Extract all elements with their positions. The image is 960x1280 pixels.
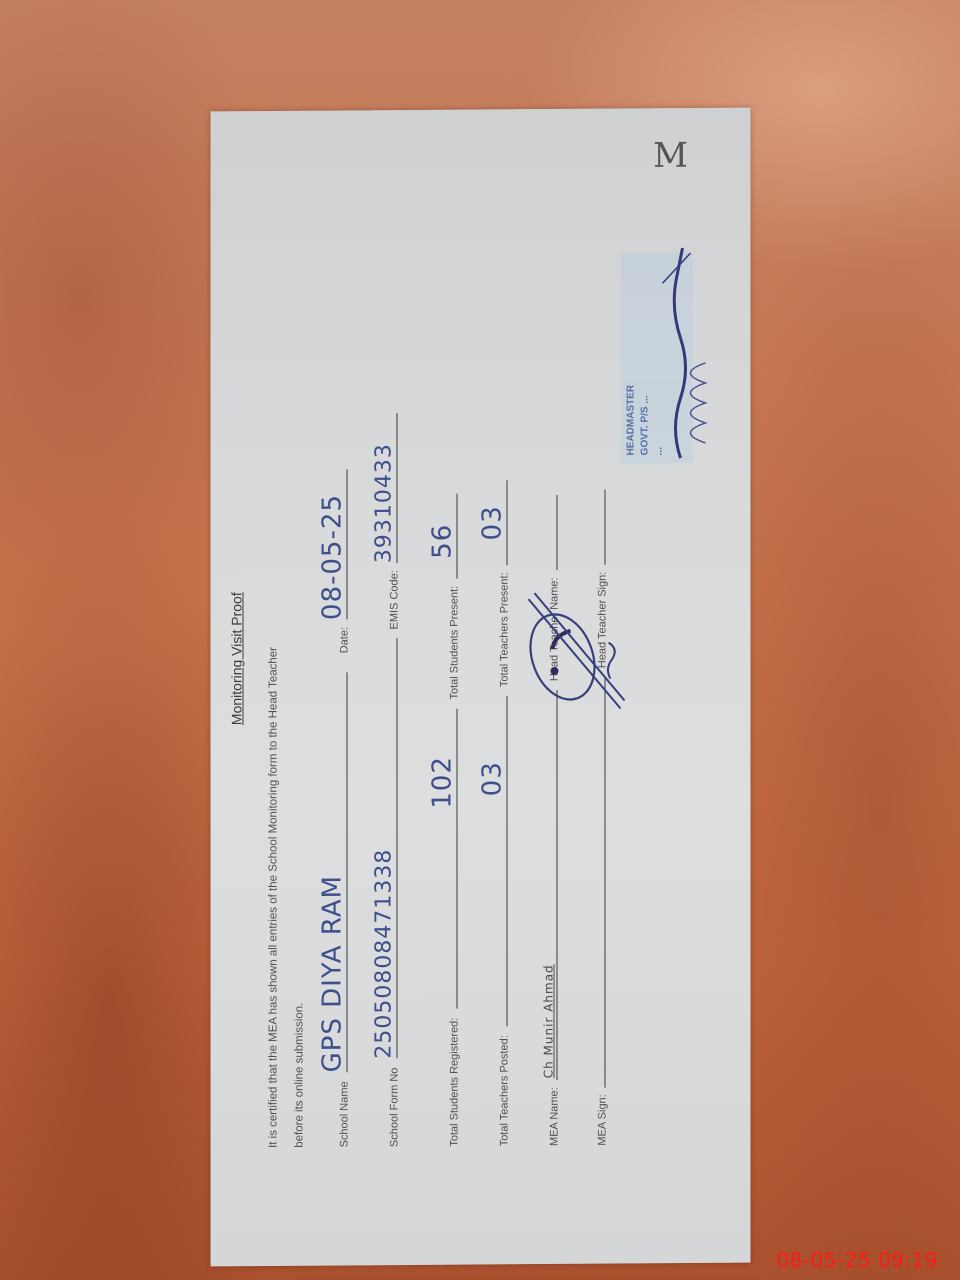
school-name-label: School Name: [339, 1081, 351, 1147]
row-teachers: Total Teachers Posted: 03 Total Teachers…: [493, 480, 511, 1146]
monitoring-visit-form: Monitoring Visit Proof It is certified t…: [211, 108, 751, 1267]
head-teacher-sign-field: [591, 490, 606, 565]
school-form-no-field: 25050808471338: [383, 639, 398, 1059]
school-name-field: GPS DIYA RAM: [333, 672, 348, 1072]
students-registered-value: 102: [430, 709, 456, 809]
emis-code-label: EMIS Code:: [389, 570, 401, 629]
certification-line-1: It is certified that the MEA has shown a…: [261, 428, 287, 1148]
mea-name-field: Ch Munir Ahmad: [543, 690, 558, 1080]
students-present-label: Total Students Present:: [449, 586, 461, 700]
students-present-value: 56: [430, 494, 456, 559]
form-title: Monitoring Visit Proof: [229, 111, 245, 1266]
certification-line-2: before its online submission.: [287, 428, 313, 1148]
school-name-value: GPS DIYA RAM: [320, 672, 346, 1072]
date-field: 08-05-25: [333, 470, 348, 620]
teachers-present-value: 03: [480, 480, 506, 540]
mea-name-label: MEA Name:: [549, 1087, 561, 1146]
corner-handwritten-mark: M: [653, 136, 688, 176]
emis-code-field: 39310433: [383, 413, 398, 563]
stamp-line-1: HEADMASTER: [625, 261, 639, 455]
school-form-no-value: 25050808471338: [374, 639, 396, 1059]
date-value: 08-05-25: [320, 470, 346, 620]
students-registered-field: 102: [443, 709, 458, 1009]
teachers-posted-field: 03: [493, 696, 508, 1026]
students-present-field: 56: [443, 494, 458, 579]
row-students: Total Students Registered: 102 Total Stu…: [443, 494, 461, 1147]
mea-sign-label: MEA Sign:: [597, 1094, 609, 1145]
teachers-posted-value: 03: [480, 696, 506, 796]
row-form-no-emis: School Form No 25050808471338 EMIS Code:…: [383, 413, 401, 1147]
teachers-present-field: 03: [493, 480, 508, 565]
date-label: Date:: [339, 627, 351, 653]
certification-text: It is certified that the MEA has shown a…: [261, 428, 313, 1148]
form-paper-rotated: Monitoring Visit Proof It is certified t…: [211, 108, 751, 1267]
row-school-name-date: School Name GPS DIYA RAM Date: 08-05-25: [333, 470, 351, 1148]
teachers-present-label: Total Teachers Present:: [499, 572, 511, 687]
teachers-posted-label: Total Teachers Posted:: [499, 1035, 511, 1146]
mea-signature-icon: [511, 588, 631, 719]
photo-timestamp-overlay: 08-05-25 09:19: [776, 1248, 938, 1272]
school-form-no-label: School Form No: [389, 1068, 401, 1148]
emis-code-value: 39310433: [374, 413, 396, 563]
head-teacher-signature-icon: [651, 243, 721, 463]
head-teacher-name-field: [543, 495, 558, 570]
mea-sign-field: [591, 677, 606, 1087]
mea-name-value: Ch Munir Ahmad: [543, 690, 555, 1078]
students-registered-label: Total Students Registered:: [449, 1018, 461, 1147]
